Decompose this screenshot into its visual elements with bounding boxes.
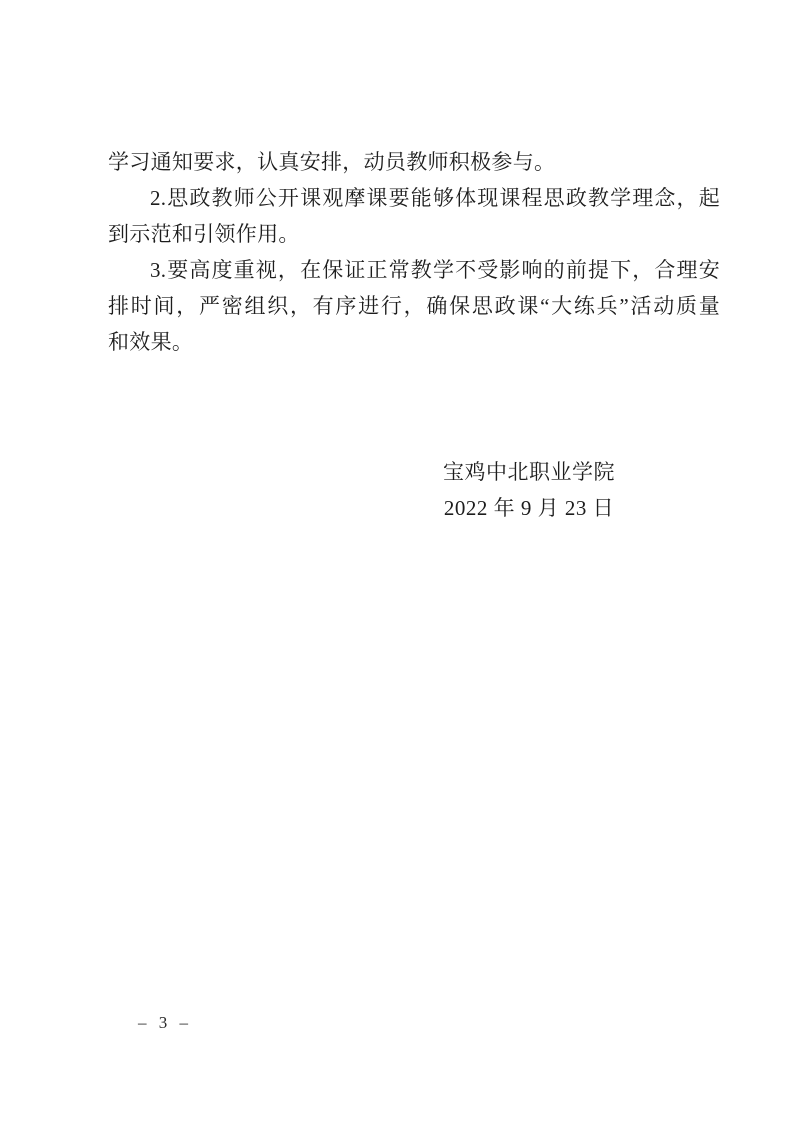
signature-organization: 宝鸡中北职业学院 <box>379 454 679 490</box>
document-body: 学习通知要求，认真安排，动员教师积极参与。 2.思政教师公开课观摩课要能够体现课… <box>108 144 720 360</box>
body-line: 和效果。 <box>108 324 720 360</box>
body-line: 2.思政教师公开课观摩课要能够体现课程思政教学理念，起 <box>108 180 720 216</box>
signature-block: 宝鸡中北职业学院 2022 年 9 月 23 日 <box>379 454 679 526</box>
body-line: 3.要高度重视，在保证正常教学不受影响的前提下，合理安 <box>108 252 720 288</box>
body-line: 排时间，严密组织，有序进行，确保思政课“大练兵”活动质量 <box>108 288 720 324</box>
document-page: 学习通知要求，认真安排，动员教师积极参与。 2.思政教师公开课观摩课要能够体现课… <box>0 0 793 1122</box>
page-number: – 3 – <box>138 1012 192 1034</box>
body-line: 到示范和引领作用。 <box>108 216 720 252</box>
body-line: 学习通知要求，认真安排，动员教师积极参与。 <box>108 144 720 180</box>
signature-date: 2022 年 9 月 23 日 <box>379 490 679 526</box>
